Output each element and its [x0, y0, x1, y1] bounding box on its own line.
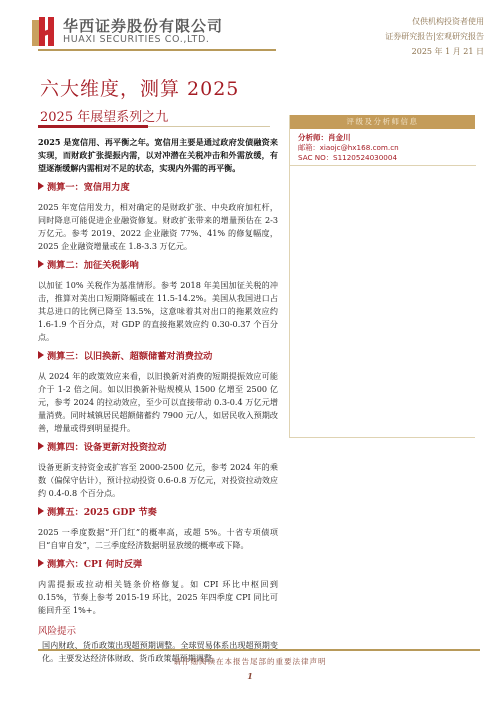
- analyst-email[interactable]: 邮箱：xiaojc@hx168.com.cn: [298, 143, 469, 153]
- section-body-5: 2025 一季度数据“开门红”的概率高，或超 5%。十省专项债项目“自审自发”，…: [38, 526, 278, 552]
- legal-disclaimer-note: 请仔细阅读在本报告尾部的重要法律声明: [0, 656, 500, 667]
- triangle-bullet-icon: [38, 507, 44, 515]
- section-body-4: 设备更新支持资金或扩容至 2000-2500 亿元，参考 2024 年的乘数（偏…: [38, 461, 278, 500]
- report-meta: 仅供机构投资者使用 证券研究报告|宏观研究报告 2025 年 1 月 21 日: [385, 14, 484, 59]
- analyst-panel-divider: [290, 165, 476, 166]
- section-heading-5: 测算五：2025 GDP 节奏: [38, 506, 278, 519]
- report-date: 2025 年 1 月 21 日: [385, 44, 484, 59]
- section-body-2: 以加征 10% 关税作为基准情形。参考 2018 年美国加征关税的冲击，推算对美…: [38, 279, 278, 344]
- triangle-bullet-icon: [38, 351, 44, 359]
- triangle-bullet-icon: [38, 260, 44, 268]
- analyst-sac-number: SAC NO：S1120524030004: [298, 153, 469, 163]
- page-subtitle: 2025 年展望系列之九: [40, 106, 168, 125]
- section-heading-2: 测算二：加征关税影响: [38, 259, 278, 272]
- analyst-name: 分析师：肖金川: [298, 133, 469, 143]
- huaxi-logo-icon: [32, 17, 56, 47]
- risk-heading: 风险提示: [38, 625, 278, 638]
- section-heading-3: 测算三：以旧换新、超额储蓄对消费拉动: [38, 350, 278, 363]
- company-name-en: HUAXI SECURITIES CO.,LTD.: [63, 34, 223, 46]
- footer-divider: [38, 649, 480, 651]
- section-heading-4: 测算四：设备更新对投资拉动: [38, 441, 278, 454]
- section-body-1: 2025 年宽信用发力，相对确定的是财政扩张、中央政府加杠杆，同时降息可能促进企…: [38, 201, 278, 253]
- audience-note: 仅供机构投资者使用: [385, 14, 484, 29]
- triangle-bullet-icon: [38, 442, 44, 450]
- section-heading-1: 测算一：宽信用力度: [38, 181, 278, 194]
- subtitle-accent-bar: [38, 125, 148, 128]
- report-body: 2025 是宽信用、再平衡之年。宽信用主要是通过政府发债融资来实现，而财政扩张提…: [38, 136, 278, 671]
- triangle-bullet-icon: [38, 182, 44, 190]
- header-divider: [38, 49, 276, 51]
- report-type: 证券研究报告|宏观研究报告: [385, 29, 484, 44]
- analyst-info-panel: 评级及分析师信息 分析师：肖金川 邮箱：xiaojc@hx168.com.cn …: [289, 115, 475, 438]
- summary-paragraph: 2025 是宽信用、再平衡之年。宽信用主要是通过政府发债融资来实现，而财政扩张提…: [38, 136, 278, 175]
- section-body-6: 内需提振或拉动相关链条价格修复。如 CPI 环比中枢回到 0.15%，节奏上参考…: [38, 578, 278, 617]
- page-title: 六大维度，测算 2025: [40, 74, 239, 101]
- triangle-bullet-icon: [38, 559, 44, 567]
- company-logo: 华西证券股份有限公司 HUAXI SECURITIES CO.,LTD.: [32, 17, 223, 47]
- analyst-panel-heading: 评级及分析师信息: [290, 115, 475, 129]
- section-heading-6: 测算六：CPI 何时反弹: [38, 558, 278, 571]
- company-name-cn: 华西证券股份有限公司: [63, 18, 223, 34]
- page-number: 1: [0, 671, 500, 681]
- section-body-3: 从 2024 年的政策效应来看，以旧换新对消费的短期提振效应可能介于 1-2 倍…: [38, 370, 278, 435]
